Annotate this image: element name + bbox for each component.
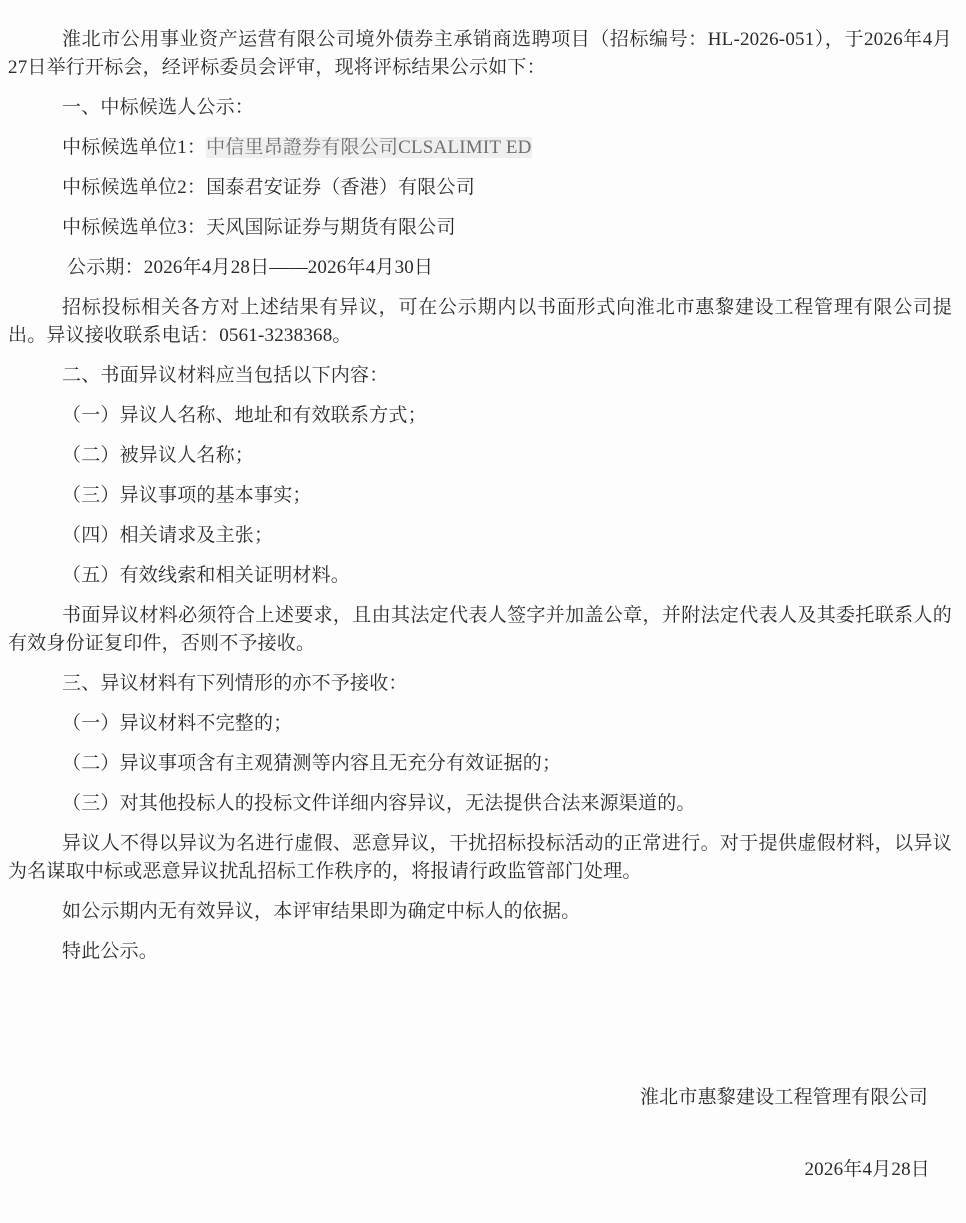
candidate-2-name: 国泰君安证券（香港）有限公司 [206, 177, 475, 198]
signature-company: 淮北市惠黎建设工程管理有限公司 [8, 1084, 952, 1112]
candidate-1-label: 中标候选单位1： [62, 137, 206, 158]
signature-date: 2026年4月28日 [8, 1156, 952, 1184]
candidate-row-3: 中标候选单位3：天风国际证券与期货有限公司 [8, 214, 952, 242]
closing-paragraph: 特此公示。 [8, 938, 952, 966]
candidate-row-2: 中标候选单位2：国泰君安证券（香港）有限公司 [8, 174, 952, 202]
requirement-paragraph: 书面异议材料必须符合上述要求，且由其法定代表人签字并加盖公章，并附法定代表人及其… [8, 602, 952, 658]
section-3-item-2: （二）异议事项含有主观猜测等内容且无充分有效证据的； [8, 750, 952, 778]
candidate-row-1: 中标候选单位1：中信里昂證券有限公司CLSALIMIT ED [8, 134, 952, 162]
section-3-item-1: （一）异议材料不完整的； [8, 710, 952, 738]
candidate-3-name: 天风国际证券与期货有限公司 [206, 217, 456, 238]
section-2-item-2: （二）被异议人名称； [8, 442, 952, 470]
section-2-item-3: （三）异议事项的基本事实； [8, 482, 952, 510]
section-3-item-3: （三）对其他投标人的投标文件详细内容异议，无法提供合法来源渠道的。 [8, 790, 952, 818]
announcement-document: 淮北市公用事业资产运营有限公司境外债券主承销商选聘项目（招标编号：HL-2026… [0, 0, 966, 1223]
section-1-heading: 一、中标候选人公示： [8, 94, 952, 122]
section-2-item-4: （四）相关请求及主张； [8, 522, 952, 550]
warning-paragraph: 异议人不得以异议为名进行虚假、恶意异议，干扰招标投标活动的正常进行。对于提供虚假… [8, 830, 952, 886]
section-2-heading: 二、书面异议材料应当包括以下内容： [8, 362, 952, 390]
section-2-item-1: （一）异议人名称、地址和有效联系方式； [8, 402, 952, 430]
section-3-heading: 三、异议材料有下列情形的亦不予接收： [8, 670, 952, 698]
section-2-item-5: （五）有效线索和相关证明材料。 [8, 562, 952, 590]
candidate-1-name: 中信里昂證券有限公司CLSALIMIT ED [206, 137, 531, 158]
candidate-3-label: 中标候选单位3： [62, 217, 206, 238]
publicity-period: 公示期：2026年4月28日——2026年4月30日 [8, 254, 952, 282]
candidate-2-label: 中标候选单位2： [62, 177, 206, 198]
intro-paragraph: 淮北市公用事业资产运营有限公司境外债券主承销商选聘项目（招标编号：HL-2026… [8, 26, 952, 82]
objection-contact-paragraph: 招标投标相关各方对上述结果有异议，可在公示期内以书面形式向淮北市惠黎建设工程管理… [8, 294, 952, 350]
no-objection-paragraph: 如公示期内无有效异议，本评审结果即为确定中标人的依据。 [8, 898, 952, 926]
